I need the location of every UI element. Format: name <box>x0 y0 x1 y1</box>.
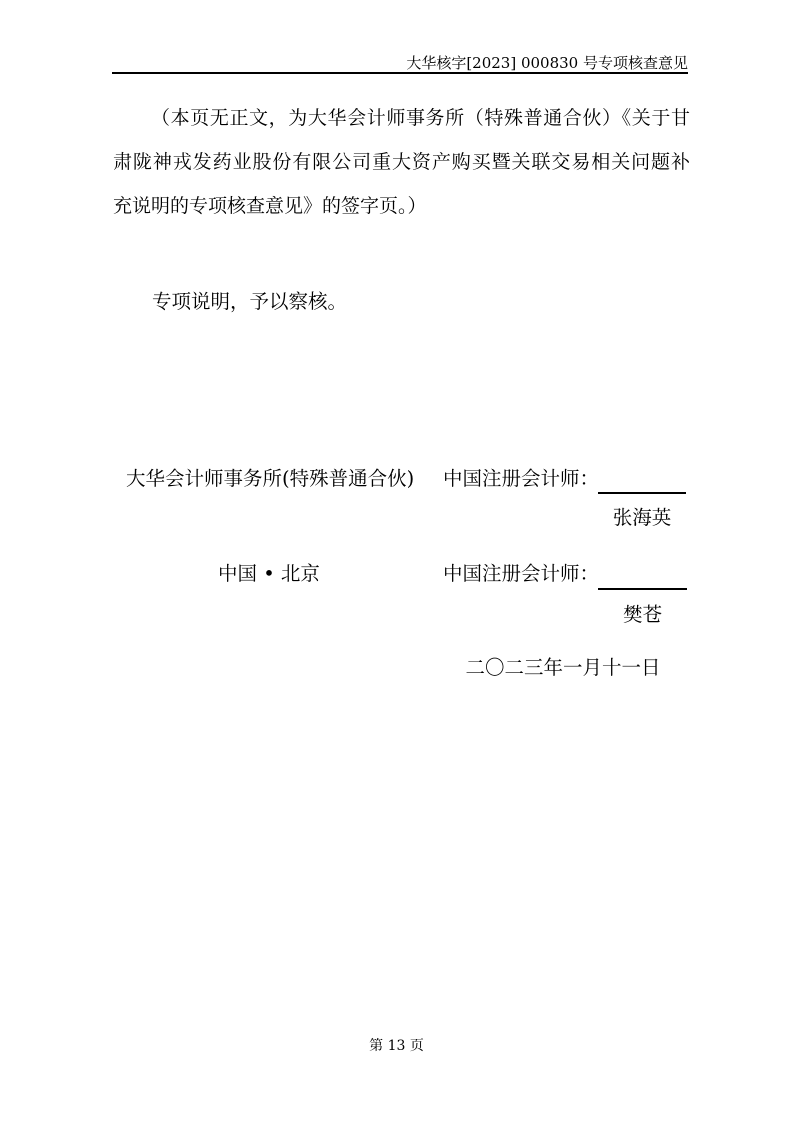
note-line: 充说明的专项核查意见》的签字页。） <box>113 184 690 228</box>
cpa-name-2: 樊苍 <box>598 603 687 627</box>
firm-location: 中国 • 北京 <box>218 562 320 586</box>
cpa-label-2: 中国注册会计师： <box>443 562 599 586</box>
note-line: （本页无正文，为大华会计师事务所（特殊普通合伙）《关于甘 <box>113 96 690 140</box>
page-number: 第 13 页 <box>0 1037 793 1055</box>
document-page: 大华核字[2023] 000830 号专项核查意见 （本页无正文，为大华会计师事… <box>0 0 793 1122</box>
signature-page-note: （本页无正文，为大华会计师事务所（特殊普通合伙）《关于甘 肃陇神戎发药业股份有限… <box>113 96 690 228</box>
signature-underline-1 <box>598 492 686 494</box>
note-line: 肃陇神戎发药业股份有限公司重大资产购买暨关联交易相关问题补 <box>113 140 690 184</box>
statement-text: 专项说明，予以察核。 <box>113 280 690 324</box>
signature-date: 二〇二三年一月十一日 <box>428 656 698 680</box>
firm-name: 大华会计师事务所(特殊普通合伙) <box>126 467 414 491</box>
signature-underline-2 <box>598 588 687 590</box>
header-rule <box>112 72 688 74</box>
cpa-name-1: 张海英 <box>598 506 686 530</box>
cpa-label-1: 中国注册会计师： <box>443 467 599 491</box>
header-doc-number: 大华核字[2023] 000830 号专项核查意见 <box>406 54 688 72</box>
